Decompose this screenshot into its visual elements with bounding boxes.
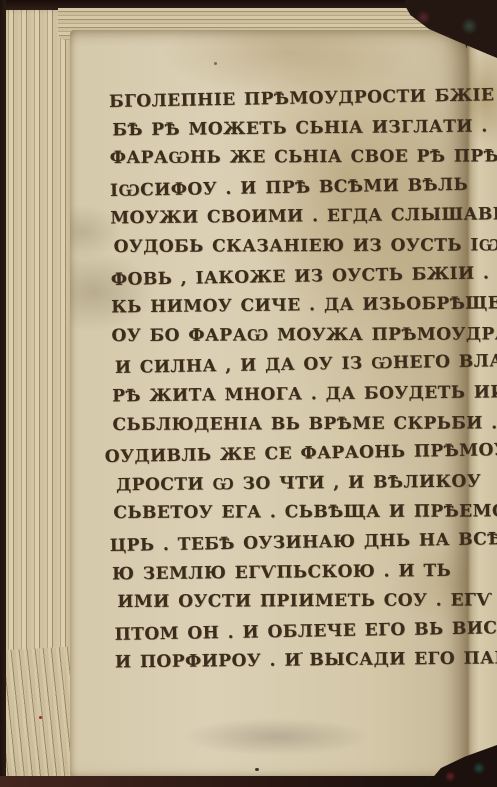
manuscript-line: СЬБЛЮДЕНІА ВЬ ВРѢМЕ СКРЬБИ . xyxy=(112,409,497,441)
paper-speck xyxy=(300,652,303,654)
red-ink-speck xyxy=(39,716,42,719)
manuscript-line: ОУДОБЬ СКАЗАНІЕЮ ИЗ ОУСТЬ ІѠСИ xyxy=(114,231,497,263)
book-page-edges-left xyxy=(5,10,77,780)
dark-cover-bottom-edge xyxy=(0,776,497,787)
manuscript-line: ПТОМ ОН . И ОБЛЕЧЕ ЕГО ВЬ ВИСЬ xyxy=(114,613,497,650)
dark-speck xyxy=(255,768,259,771)
manuscript-line: ІѠСИФОУ . И ПРѢ ВСѢМИ ВѢЛЬ xyxy=(110,169,497,206)
manuscript-page: БГОЛЕПНІЕ ПРѢМОУДРОСТИ БЖІЕ . БѢ РѢ МОЖЕ… xyxy=(70,30,468,778)
manuscript-line: ДРОСТИ Ѡ ЗО ЧТИ , И ВѢЛИКОУ xyxy=(116,466,497,500)
manuscript-line: ФАРАѠНЬ ЖЕ СЬНІА СВОЕ РѢ ПРѢ xyxy=(110,142,497,174)
manuscript-line: СЬВЕТОУ ЕГА . СЬВѢЩА И ПРѢЕМОУ xyxy=(113,497,497,529)
manuscript-line: ФОВЬ , ІАКОЖЕ ИЗ ОУСТЬ БЖІИ . РЕ xyxy=(111,258,497,295)
paper-speck xyxy=(214,62,217,65)
manuscript-line: ИМИ ОУСТИ ПРІИМЕТЬ СОУ . ЕГѴ xyxy=(117,586,497,618)
dark-cover-left-edge xyxy=(0,0,6,787)
manuscript-line: РѢ ЖИТА МНОГА . ДА БОУДЕТЬ ИИ xyxy=(112,378,497,412)
manuscript-photo: БГОЛЕПНІЕ ПРѢМОУДРОСТИ БЖІЕ . БѢ РѢ МОЖЕ… xyxy=(0,0,497,787)
manuscript-text-block: БГОЛЕПНІЕ ПРѢМОУДРОСТИ БЖІЕ . БѢ РѢ МОЖЕ… xyxy=(109,82,497,679)
manuscript-line: ОУ БО ФАРАѠ МОУЖА ПРѢМОУДРА xyxy=(111,320,497,352)
